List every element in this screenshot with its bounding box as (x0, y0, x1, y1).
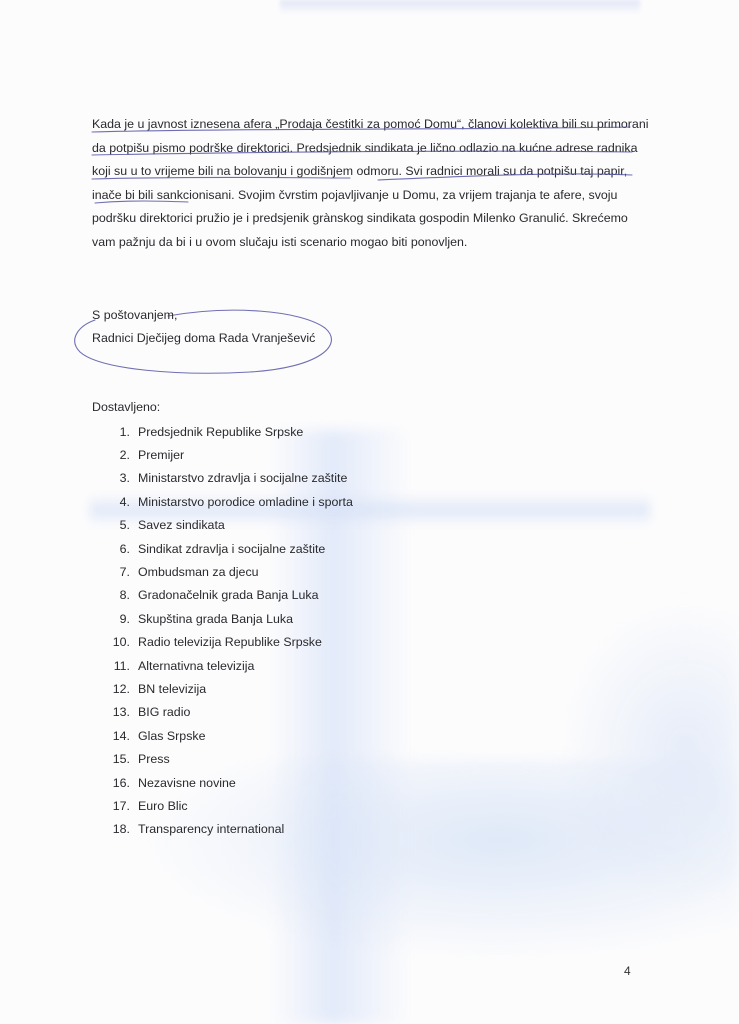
list-item: 15.Press (92, 747, 353, 770)
recipients-list: 1.Predsjednik Republike Srpske 2.Premije… (92, 420, 353, 841)
body-paragraph: Kada je u javnost iznesena afera „Prodaj… (92, 113, 652, 254)
list-item: 13.BIG radio (92, 701, 353, 724)
list-item: 16.Nezavisne novine (92, 771, 353, 794)
signature: Radnici Dječijeg doma Rada Vranješević (92, 327, 315, 350)
list-item: 17.Euro Blic (92, 794, 353, 817)
list-item: 10.Radio televizija Republike Srpske (92, 631, 353, 654)
list-item: 9.Skupština grada Banja Luka (92, 607, 353, 630)
page-number: 4 (624, 964, 631, 978)
list-item: 5.Savez sindikata (92, 514, 353, 537)
paragraph-line: inače bi bili sankcionisani. Svojim čvrs… (92, 184, 652, 208)
list-item: 18.Transparency international (92, 818, 353, 841)
list-item: 12.BN televizija (92, 677, 353, 700)
paragraph-line: vam pažnju da bi i u ovom slučaju isti s… (92, 231, 652, 255)
list-item: 3.Ministarstvo zdravlja i socijalne zašt… (92, 467, 353, 490)
list-item: 6.Sindikat zdravlja i socijalne zaštite (92, 537, 353, 560)
list-item: 11.Alternativna televizija (92, 654, 353, 677)
paragraph-line: da potpišu pismo podrške direktorici. Pr… (92, 137, 652, 161)
paragraph-line: Kada je u javnost iznesena afera „Prodaj… (92, 113, 652, 137)
list-item: 2.Premijer (92, 443, 353, 466)
recipients-section: Dostavljeno: 1.Predsjednik Republike Srp… (92, 400, 353, 841)
list-item: 4.Ministarstvo porodice omladine i sport… (92, 490, 353, 513)
salutation: S poštovanjem, (92, 304, 315, 327)
paragraph-line: podršku direktorici pružio je i predsjen… (92, 207, 652, 231)
list-item: 8.Gradonačelnik grada Banja Luka (92, 584, 353, 607)
list-item: 1.Predsjednik Republike Srpske (92, 420, 353, 443)
list-item: 7.Ombudsman za djecu (92, 560, 353, 583)
delivered-label: Dostavljeno: (92, 400, 353, 414)
paragraph-line: koji su u to vrijeme bili na bolovanju i… (92, 160, 652, 184)
list-item: 14.Glas Srpske (92, 724, 353, 747)
scan-smudge-top (280, 0, 640, 14)
scan-smudge-right (560, 600, 739, 900)
closing-block: S poštovanjem, Radnici Dječijeg doma Rad… (92, 304, 315, 350)
